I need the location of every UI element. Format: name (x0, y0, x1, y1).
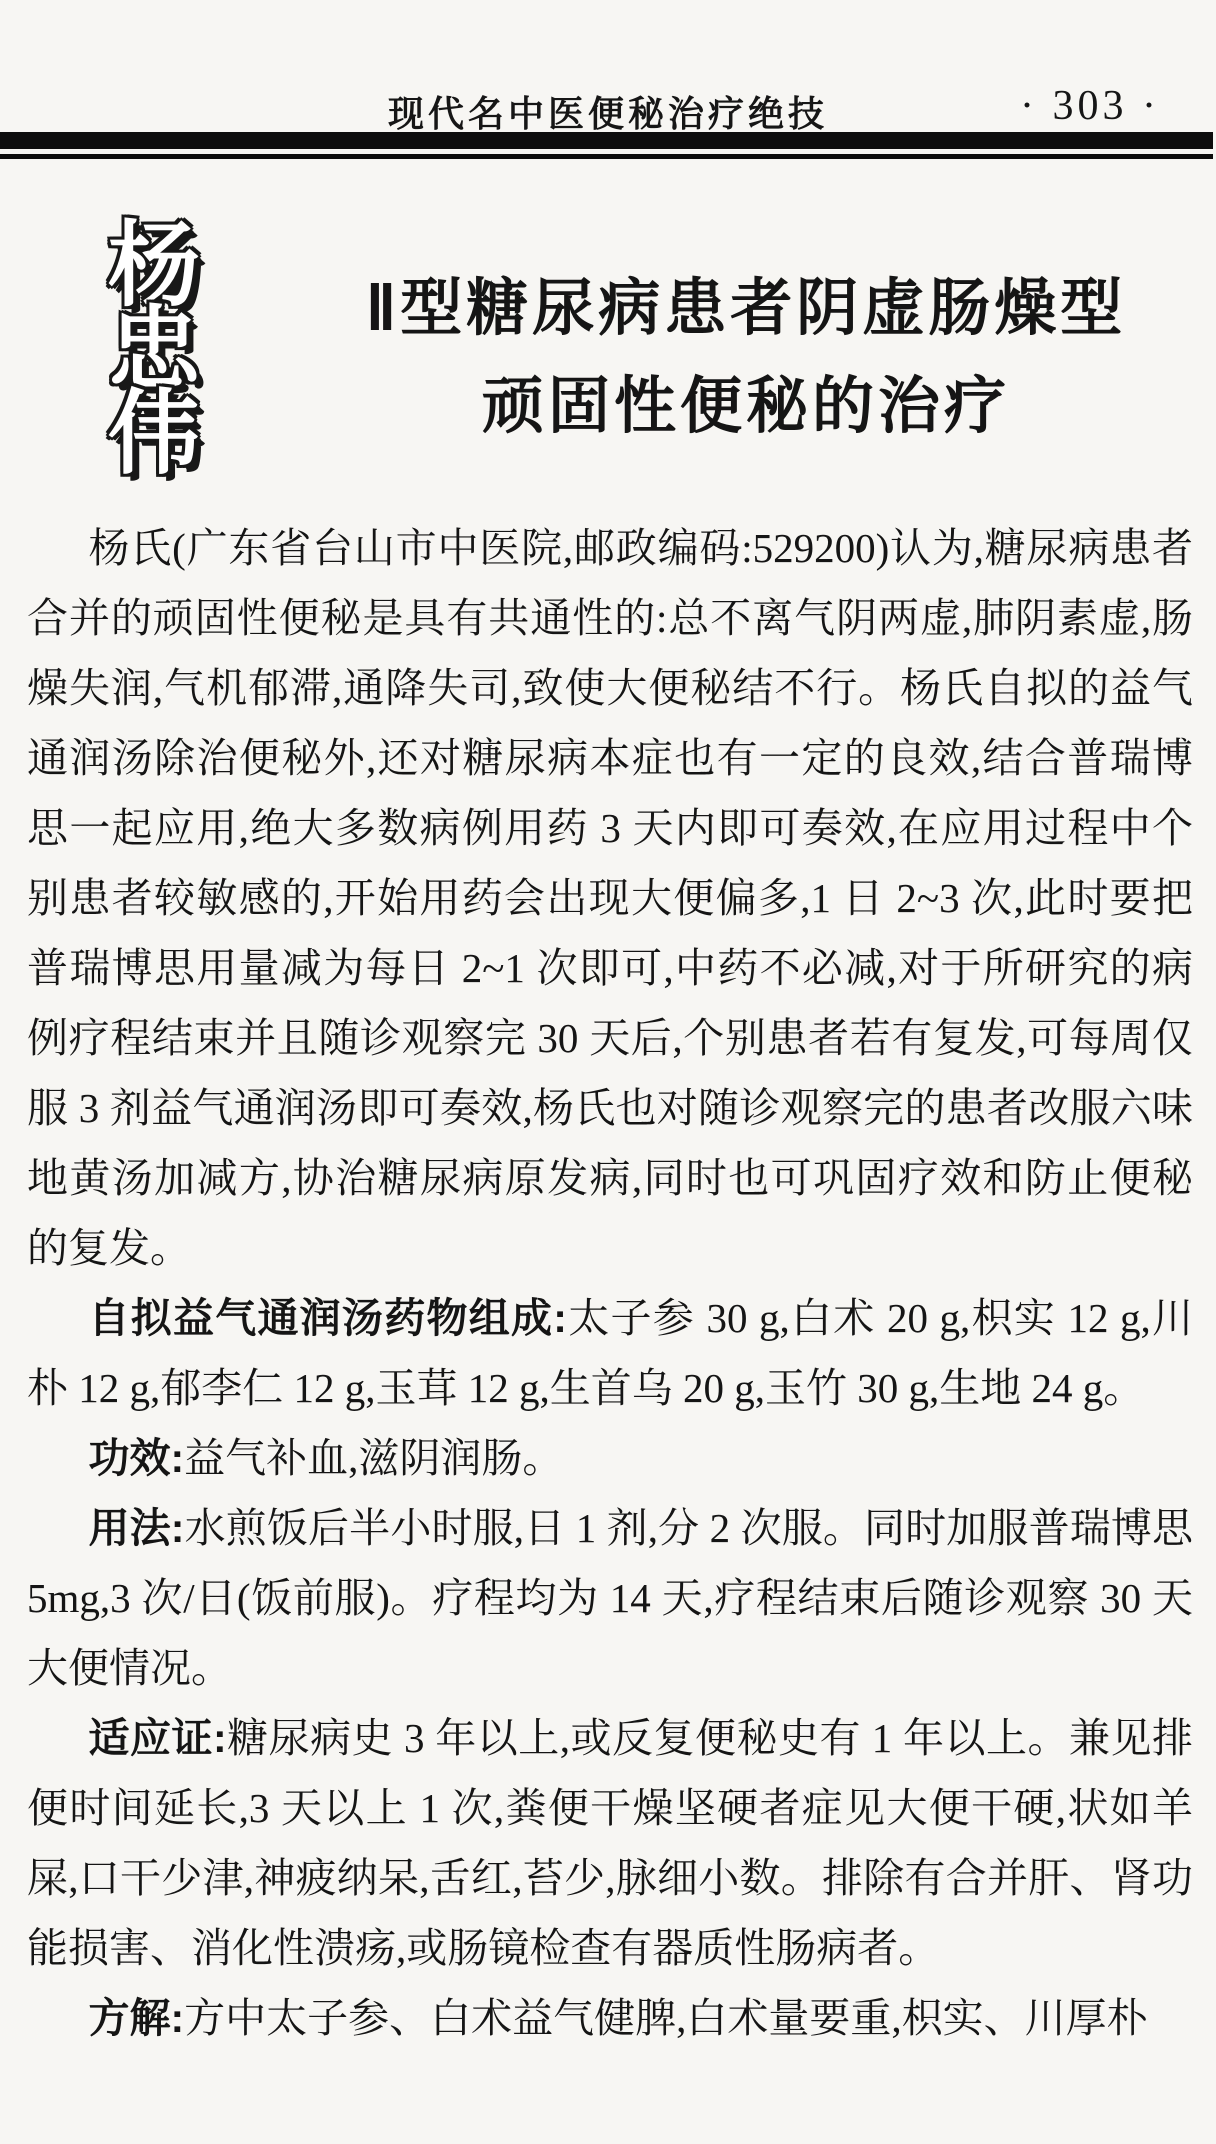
book-page: 现代名中医便秘治疗绝技 · 303 · 杨 忠 伟 Ⅱ型糖尿病患者阴虚肠燥型 顽… (0, 0, 1216, 2144)
article-title-line-2: 顽固性便秘的治疗 (276, 358, 1216, 456)
running-head-title: 现代名中医便秘治疗绝技 (0, 86, 1000, 137)
article-title: Ⅱ型糖尿病患者阴虚肠燥型 顽固性便秘的治疗 (276, 260, 1216, 456)
page-number: · 303 · (1000, 82, 1180, 130)
paragraph: 方解:方中太子参、白术益气健脾,白术量要重,枳实、川厚朴 (27, 1983, 1193, 2053)
paragraph: 自拟益气通润汤药物组成:太子参 30 g,白术 20 g,枳实 12 g,川朴 … (27, 1283, 1193, 1423)
article-title-line-1: Ⅱ型糖尿病患者阴虚肠燥型 (276, 260, 1216, 358)
paragraph-lead-label: 适应证: (89, 1715, 227, 1761)
paragraph-lead-label: 用法: (89, 1505, 185, 1551)
paragraph: 用法:水煎饭后半小时服,日 1 剂,分 2 次服。同时加服普瑞博思 5mg,3 … (27, 1493, 1193, 1703)
paragraph: 功效:益气补血,滋阴润肠。 (27, 1423, 1193, 1493)
paragraph-text: 水煎饭后半小时服,日 1 剂,分 2 次服。同时加服普瑞博思 5mg,3 次/日… (27, 1505, 1193, 1691)
paragraph-text: 杨氏(广东省台山市中医院,邮政编码:529200)认为,糖尿病患者合并的顽固性便… (27, 525, 1193, 1271)
header-rule-thick (0, 132, 1213, 149)
paragraph: 适应证:糖尿病史 3 年以上,或反复便秘史有 1 年以上。兼见排便时间延长,3 … (27, 1703, 1193, 1983)
article-body: 杨氏(广东省台山市中医院,邮政编码:529200)认为,糖尿病患者合并的顽固性便… (27, 513, 1193, 2053)
paragraph-lead-label: 功效: (89, 1435, 185, 1481)
paragraph-text: 益气补血,滋阴润肠。 (184, 1435, 563, 1481)
header-rule-thin (0, 154, 1213, 159)
paragraph: 杨氏(广东省台山市中医院,邮政编码:529200)认为,糖尿病患者合并的顽固性便… (27, 513, 1193, 1283)
paragraph-lead-label: 方解: (89, 1995, 185, 2041)
author-char-3: 伟 (108, 392, 200, 476)
author-name-vertical: 杨 忠 伟 (84, 224, 224, 476)
paragraph-text: 方中太子参、白术益气健脾,白术量要重,枳实、川厚朴 (184, 1995, 1148, 2041)
paragraph-lead-label: 自拟益气通润汤药物组成: (89, 1295, 567, 1341)
